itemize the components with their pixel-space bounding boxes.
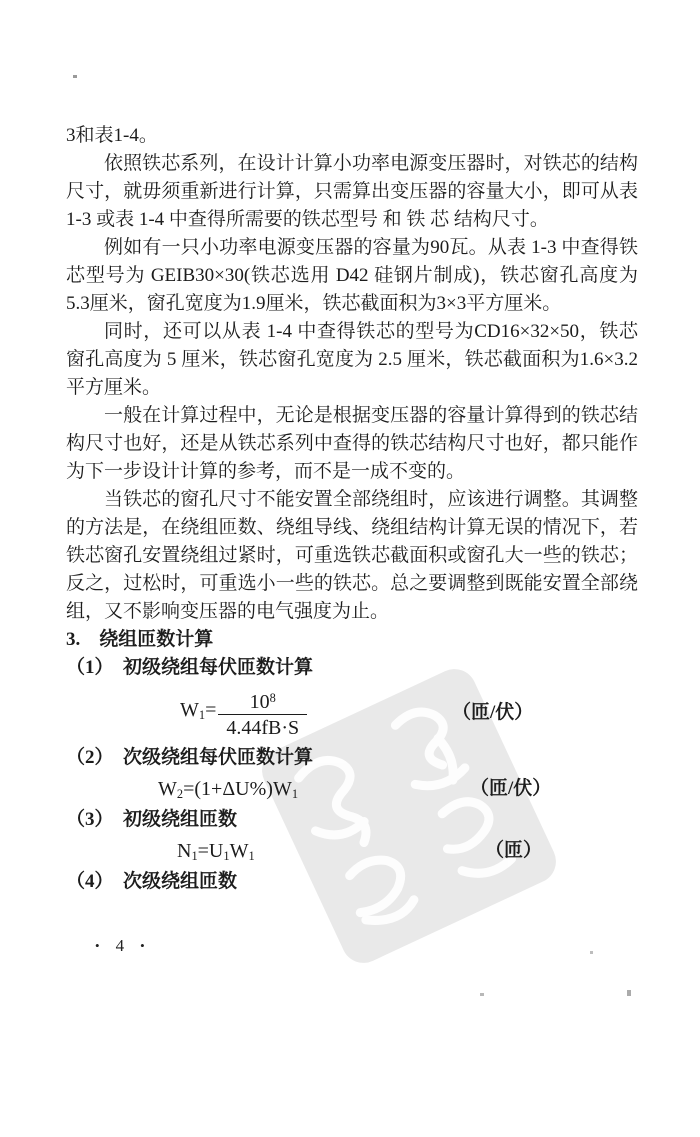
ink-speck xyxy=(627,990,631,996)
formula-body: W2=(1+ΔU%)W1 xyxy=(158,778,298,800)
formula-primary-turns: N1=U1W1 （匝） xyxy=(177,836,638,866)
paragraph: 依照铁芯系列，在设计计算小功率电源变压器时，对铁芯的结构尺寸，就毋须重新进行计算… xyxy=(66,150,638,234)
fraction-numerator: 108 xyxy=(218,686,307,714)
page-number: • 4 • xyxy=(95,936,145,956)
formula-lhs: W1= xyxy=(180,695,216,730)
formula-body: N1=U1W1 xyxy=(177,840,255,862)
formula-secondary-turns-per-volt: W2=(1+ΔU%)W1 （匝/伏） xyxy=(158,774,638,804)
fraction-denominator: 4.44fB·S xyxy=(218,714,307,740)
list-item-label: （3） 初级绕组匝数 xyxy=(66,806,638,834)
paragraph: 当铁芯的窗孔尺寸不能安置全部绕组时，应该进行调整。其调整的方法是，在绕组匝数、绕… xyxy=(66,486,638,626)
paragraph: 一般在计算过程中，无论是根据变压器的容量计算得到的铁芯结构尺寸也好，还是从铁芯系… xyxy=(66,402,638,486)
ink-speck xyxy=(73,75,77,78)
list-item-label: （2） 次级绕组每伏匝数计算 xyxy=(66,744,638,772)
paragraph: 例如有一只小功率电源变压器的容量为90瓦。从表 1-3 中查得铁芯型号为 GEI… xyxy=(66,234,638,318)
formula-unit: （匝/伏） xyxy=(470,774,551,804)
list-item-label: （4） 次级绕组匝数 xyxy=(66,868,638,896)
page-body-text: 3和表1-4。 依照铁芯系列，在设计计算小功率电源变压器时，对铁芯的结构尺寸，就… xyxy=(66,122,638,896)
ink-speck xyxy=(590,951,593,954)
section-heading: 3. 绕组匝数计算 xyxy=(66,626,638,654)
formula-primary-turns-per-volt: W1= 108 4.44fB·S （匝/伏） xyxy=(180,684,638,742)
ink-speck xyxy=(480,993,484,996)
paragraph: 3和表1-4。 xyxy=(66,122,638,150)
formula-fraction: 108 4.44fB·S xyxy=(218,686,307,740)
footer-dot: • xyxy=(140,938,145,954)
formula-unit: （匝/伏） xyxy=(452,698,533,728)
footer-dot: • xyxy=(95,938,100,954)
page-number-value: 4 xyxy=(116,936,125,956)
paragraph: 同时，还可以从表 1-4 中查得铁芯的型号为CD16×32×50，铁芯窗孔高度为… xyxy=(66,318,638,402)
formula-unit: （匝） xyxy=(485,836,542,866)
book-page: 3和表1-4。 依照铁芯系列，在设计计算小功率电源变压器时，对铁芯的结构尺寸，就… xyxy=(0,0,700,1137)
list-item-label: （1） 初级绕组每伏匝数计算 xyxy=(66,654,638,682)
